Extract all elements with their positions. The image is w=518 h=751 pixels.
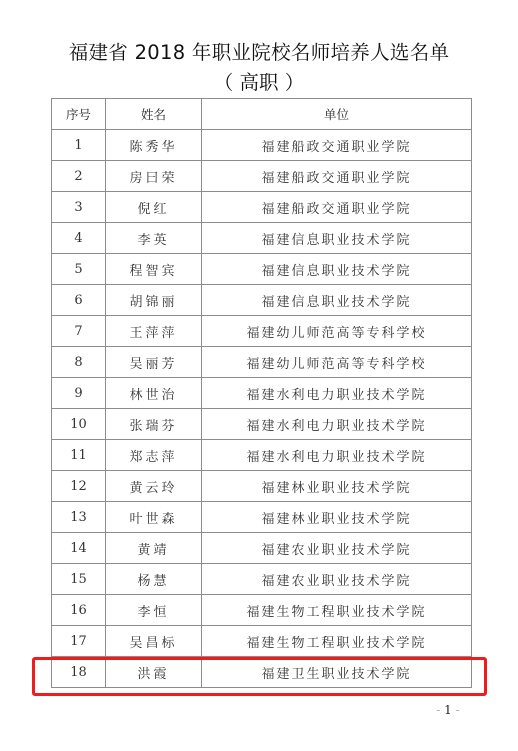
row-number-cell: 11: [52, 440, 106, 471]
name-cell: 陈秀华: [106, 130, 202, 161]
table-row: 4李英福建信息职业技术学院: [52, 223, 472, 254]
page-dash-right: -: [456, 703, 460, 717]
table-header-row: 序号 姓名 单位: [52, 99, 472, 130]
row-number-cell: 3: [52, 192, 106, 223]
unit-cell: 福建船政交通职业学院: [202, 161, 472, 192]
name-cell: 洪霞: [106, 657, 202, 688]
row-number-cell: 14: [52, 533, 106, 564]
unit-cell: 福建生物工程职业技术学院: [202, 595, 472, 626]
table-row: 11郑志萍福建水利电力职业技术学院: [52, 440, 472, 471]
unit-cell: 福建生物工程职业技术学院: [202, 626, 472, 657]
table-row: 10张瑞芬福建水利电力职业技术学院: [52, 409, 472, 440]
unit-cell: 福建信息职业技术学院: [202, 223, 472, 254]
row-number-cell: 1: [52, 130, 106, 161]
name-cell: 郑志萍: [106, 440, 202, 471]
name-cell: 黄云玲: [106, 471, 202, 502]
name-cell: 林世治: [106, 378, 202, 409]
table-row: 7王萍萍福建幼儿师范高等专科学校: [52, 316, 472, 347]
table-row: 5程智宾福建信息职业技术学院: [52, 254, 472, 285]
name-cell: 胡锦丽: [106, 285, 202, 316]
name-cell: 倪红: [106, 192, 202, 223]
table-row: 15杨慧福建农业职业技术学院: [52, 564, 472, 595]
row-number-cell: 12: [52, 471, 106, 502]
name-cell: 吴昌标: [106, 626, 202, 657]
name-cell: 王萍萍: [106, 316, 202, 347]
table-row: 12黄云玲福建林业职业技术学院: [52, 471, 472, 502]
table-row: 6胡锦丽福建信息职业技术学院: [52, 285, 472, 316]
table-row: 16李恒福建生物工程职业技术学院: [52, 595, 472, 626]
unit-cell: 福建水利电力职业技术学院: [202, 378, 472, 409]
table-row: 3倪红福建船政交通职业学院: [52, 192, 472, 223]
unit-cell: 福建信息职业技术学院: [202, 285, 472, 316]
row-number-cell: 15: [52, 564, 106, 595]
unit-cell: 福建卫生职业技术学院: [202, 657, 472, 688]
table-row: 1陈秀华福建船政交通职业学院: [52, 130, 472, 161]
unit-cell: 福建船政交通职业学院: [202, 192, 472, 223]
table-row: 9林世治福建水利电力职业技术学院: [52, 378, 472, 409]
table-row: 14黄靖福建农业职业技术学院: [52, 533, 472, 564]
column-header-unit: 单位: [202, 99, 472, 130]
unit-cell: 福建幼儿师范高等专科学校: [202, 347, 472, 378]
row-number-cell: 5: [52, 254, 106, 285]
unit-cell: 福建农业职业技术学院: [202, 564, 472, 595]
name-cell: 张瑞芬: [106, 409, 202, 440]
unit-cell: 福建农业职业技术学院: [202, 533, 472, 564]
name-cell: 李恒: [106, 595, 202, 626]
row-number-cell: 17: [52, 626, 106, 657]
row-number-cell: 7: [52, 316, 106, 347]
name-cell: 杨慧: [106, 564, 202, 595]
table-row: 17吴昌标福建生物工程职业技术学院: [52, 626, 472, 657]
column-header-name: 姓名: [106, 99, 202, 130]
table-row: 8吴丽芳福建幼儿师范高等专科学校: [52, 347, 472, 378]
page-number: - 1 -: [428, 703, 468, 717]
document-title: 福建省 2018 年职业院校名师培养人选名单: [0, 40, 518, 66]
row-number-cell: 2: [52, 161, 106, 192]
name-cell: 吴丽芳: [106, 347, 202, 378]
row-number-cell: 18: [52, 657, 106, 688]
row-number-cell: 16: [52, 595, 106, 626]
column-header-number: 序号: [52, 99, 106, 130]
row-number-cell: 10: [52, 409, 106, 440]
row-number-cell: 6: [52, 285, 106, 316]
page-dash-left: -: [436, 703, 440, 717]
table-row: 13叶世森福建林业职业技术学院: [52, 502, 472, 533]
name-cell: 叶世森: [106, 502, 202, 533]
document-subtitle: （ 高职 ）: [0, 70, 518, 96]
name-cell: 房曰荣: [106, 161, 202, 192]
unit-cell: 福建林业职业技术学院: [202, 471, 472, 502]
unit-cell: 福建林业职业技术学院: [202, 502, 472, 533]
unit-cell: 福建幼儿师范高等专科学校: [202, 316, 472, 347]
name-cell: 程智宾: [106, 254, 202, 285]
candidate-table: 序号 姓名 单位 1陈秀华福建船政交通职业学院2房曰荣福建船政交通职业学院3倪红…: [51, 98, 472, 688]
table-row: 18洪霞福建卫生职业技术学院: [52, 657, 472, 688]
page-number-value: 1: [444, 703, 452, 717]
table-row: 2房曰荣福建船政交通职业学院: [52, 161, 472, 192]
name-cell: 李英: [106, 223, 202, 254]
name-cell: 黄靖: [106, 533, 202, 564]
unit-cell: 福建信息职业技术学院: [202, 254, 472, 285]
unit-cell: 福建船政交通职业学院: [202, 130, 472, 161]
unit-cell: 福建水利电力职业技术学院: [202, 440, 472, 471]
row-number-cell: 13: [52, 502, 106, 533]
row-number-cell: 9: [52, 378, 106, 409]
unit-cell: 福建水利电力职业技术学院: [202, 409, 472, 440]
row-number-cell: 4: [52, 223, 106, 254]
row-number-cell: 8: [52, 347, 106, 378]
